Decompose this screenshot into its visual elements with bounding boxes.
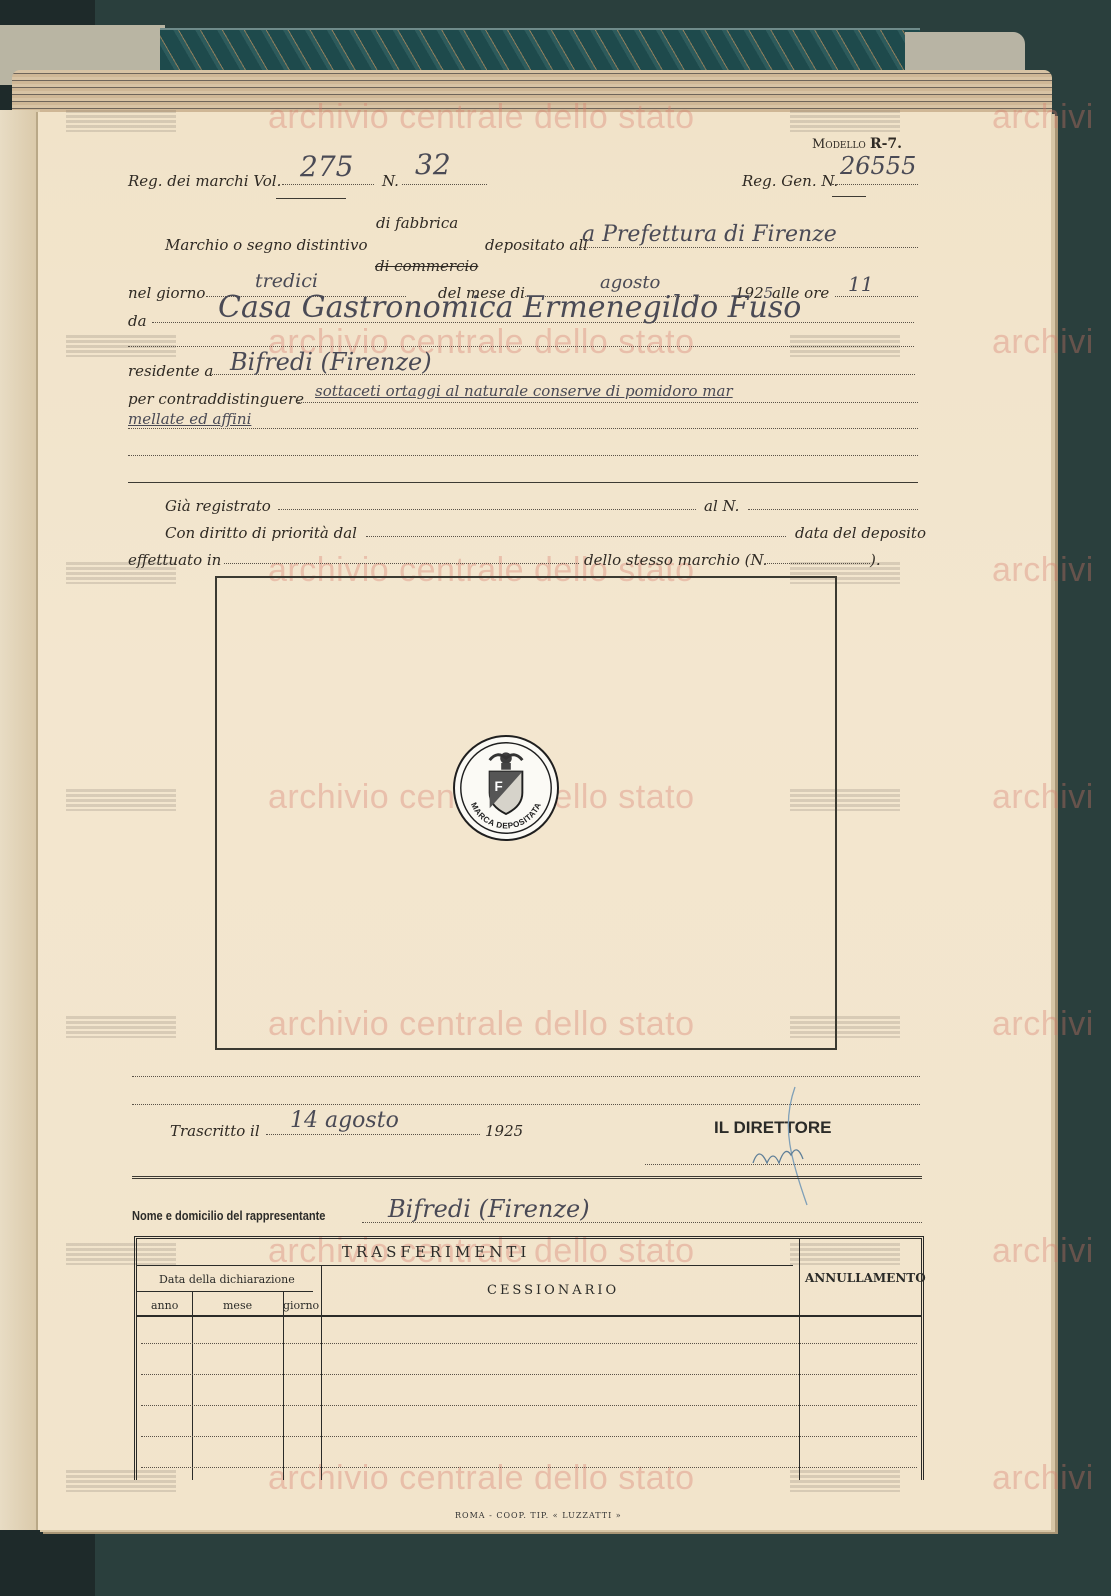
priorita-line (366, 536, 786, 537)
svg-text:F: F (494, 779, 502, 794)
al-n-label: al N. (704, 497, 739, 515)
col-divider (192, 1291, 193, 1480)
table-title: TRASFERIMENTI (342, 1243, 530, 1261)
stesso-marchio-label: dello stesso marchio (N. (584, 551, 767, 569)
reg-marchi-vol-value: 275 (300, 150, 353, 183)
director-signature (745, 1085, 825, 1210)
reg-gen-line (832, 184, 918, 185)
gia-registrato-line (278, 509, 696, 510)
contraddistinguere-line-2 (128, 428, 918, 429)
divider (132, 1176, 922, 1179)
giorno-label: nel giorno (128, 284, 205, 302)
book-cover-marbled (160, 28, 920, 73)
form-model: Modello R-7. (812, 136, 902, 152)
trascritto-year: 1925 (485, 1122, 523, 1140)
gia-registrato-label: Già registrato (165, 497, 271, 515)
table-divider (137, 1291, 313, 1292)
col-anno-header: anno (151, 1299, 178, 1312)
blank-line (128, 346, 914, 347)
da-label: da (128, 312, 147, 330)
da-value: Casa Gastronomica Ermenegildo Fuso (218, 290, 801, 325)
divider (832, 196, 866, 197)
blank-line (128, 455, 918, 456)
col-divider (321, 1265, 322, 1480)
table-row (141, 1343, 917, 1344)
col-giorno-header: giorno (283, 1299, 319, 1312)
divider (276, 198, 346, 199)
coat-of-arms-icon: F MARCA DEPOSITATA (455, 737, 557, 839)
reg-marchi-label: Reg. dei marchi Vol. (128, 172, 281, 190)
table-row (141, 1436, 917, 1437)
contraddistinguere-value-1: sottaceti ortaggi al naturale conserve d… (315, 382, 733, 400)
col-divider (283, 1291, 284, 1480)
di-commercio: di commercio (375, 257, 478, 275)
left-page-edge (0, 110, 40, 1530)
di-fabbrica: di fabbrica (376, 214, 458, 232)
trascritto-label: Trascritto il (170, 1122, 260, 1140)
table-row (141, 1467, 917, 1468)
residente-label: residente a (128, 362, 213, 380)
al-n-line (748, 509, 918, 510)
table-row (141, 1405, 917, 1406)
depositato-label: depositato all (485, 236, 588, 254)
reg-gen-label: Reg. Gen. N. (742, 172, 838, 190)
col-annullamento-header: ANNULLAMENTO (805, 1271, 926, 1285)
depositato-value: a Prefettura di Firenze (582, 222, 837, 247)
giorno-value: tredici (255, 270, 318, 292)
form-model-code: R-7. (870, 136, 902, 152)
marchio-label: Marchio o segno distintivo (165, 236, 367, 254)
stesso-marchio-close: ). (870, 551, 881, 569)
table-row (141, 1374, 917, 1375)
divider (128, 482, 918, 483)
trasferimenti-table: TRASFERIMENTI Data della dichiarazione a… (134, 1236, 924, 1480)
priorita-label: Con diritto di priorità dal (165, 524, 357, 542)
marca-depositata-seal: F MARCA DEPOSITATA (453, 735, 559, 841)
col-divider (799, 1239, 800, 1480)
n-label: N. (382, 172, 399, 190)
col-cessionario-header: CESSIONARIO (487, 1283, 619, 1298)
contraddistinguere-value-2: mellate ed affini (128, 410, 251, 428)
contraddistinguere-label: per contraddistinguere (128, 390, 304, 408)
form-model-label: Modello (812, 137, 866, 152)
data-dichiarazione-header: Data della dichiarazione (159, 1273, 295, 1286)
n-line (402, 184, 487, 185)
residente-value: Bifredi (Firenze) (230, 348, 432, 376)
n-value: 32 (415, 148, 451, 181)
stesso-marchio-line (765, 563, 870, 564)
col-mese-header: mese (223, 1299, 252, 1312)
effettuato-line (224, 563, 579, 564)
depositato-line (580, 247, 918, 248)
reg-gen-value: 26555 (840, 152, 916, 180)
contraddistinguere-line (298, 402, 918, 403)
trascritto-line (266, 1134, 480, 1135)
effettuato-label: effettuato in (128, 551, 221, 569)
printer-imprint: ROMA - COOP. TIP. « LUZZATTI » (455, 1511, 622, 1520)
blank-line (132, 1076, 920, 1077)
trascritto-value: 14 agosto (290, 1108, 399, 1133)
reg-marchi-vol-line (282, 184, 374, 185)
table-divider (137, 1265, 793, 1266)
ore-value: 11 (848, 272, 873, 296)
table-header-bottom (137, 1315, 921, 1317)
rappresentante-value: Bifredi (Firenze) (388, 1195, 590, 1223)
rappresentante-label: Nome e domicilio del rappresentante (132, 1208, 325, 1223)
ore-line (835, 296, 918, 297)
data-deposito-label: data del deposito (795, 524, 926, 542)
